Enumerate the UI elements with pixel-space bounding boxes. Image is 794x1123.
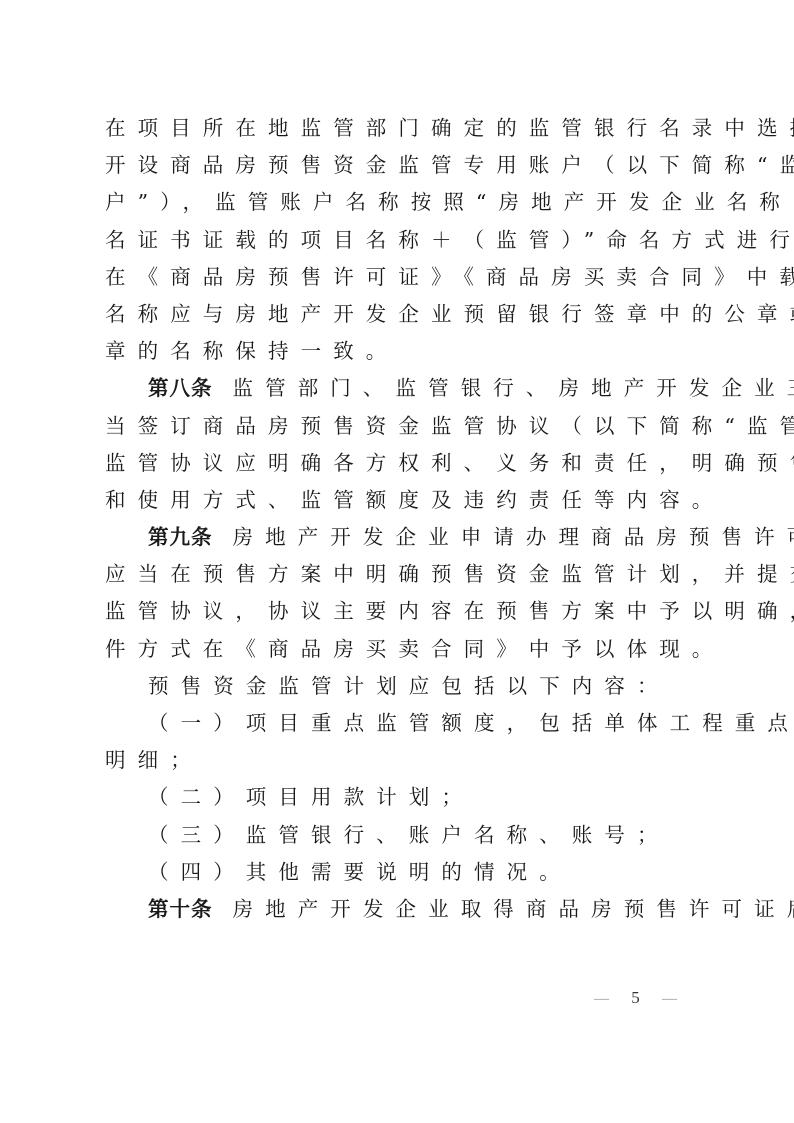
page-number: — 5 — [594,988,679,1008]
plan-item: （三）监管银行、账户名称、账号； [105,817,705,854]
text-line: 在《商品房预售许可证》《商品房买卖合同》中载明。账户 [105,259,705,296]
article-heading: 第十条 [148,897,213,921]
text-line: 名证书证载的项目名称＋（监管）”命名方式进行开设。并 [105,222,705,259]
article-9: 第九条房地产开发企业申请办理商品房预售许可时， 应当在预售方案中明确预售资金监管… [105,519,705,891]
text-line: 户”），监管账户名称按照“房地产开发企业名称＋标准地 [105,184,705,221]
text-line: 名称应与房地产开发企业预留银行签章中的公章或财务专用 [105,296,705,333]
text-line: 应当在预售方案中明确预售资金监管计划，并提交预售资金 [105,556,705,593]
plan-item: （二）项目用款计划； [105,779,705,816]
article-first-line: 房地产开发企业申请办理商品房预售许可时， [233,525,794,549]
text-line: 件方式在《商品房买卖合同》中予以体现。 [105,631,705,668]
article-heading: 第八条 [148,376,213,400]
article-10: 第十条房地产开发企业取得商品房预售许可证后，应 [105,891,705,928]
paragraph-continuation: 在项目所在地监管部门确定的监管银行名录中选择商业银行 开设商品房预售资金监管专用… [105,110,705,370]
text-line: 在项目所在地监管部门确定的监管银行名录中选择商业银行 [105,110,705,147]
page-number-dash-right: — [662,991,679,1007]
text-line: 第十条房地产开发企业取得商品房预售许可证后，应 [105,891,705,928]
text-line: 第九条房地产开发企业申请办理商品房预售许可时， [105,519,705,556]
text-line: 开设商品房预售资金监管专用账户（以下简称“监管账 [105,147,705,184]
text-line: 第八条监管部门、监管银行、房地产开发企业三方应 [105,370,705,407]
text-line: 监管协议，协议主要内容在预售方案中予以明确，并通过附 [105,593,705,630]
plan-item: （一）项目重点监管额度，包括单体工程重点监管额度 [105,705,705,742]
plan-item-continuation: 明细； [105,742,705,779]
article-first-line: 房地产开发企业取得商品房预售许可证后，应 [233,897,794,921]
plan-item: （四）其他需要说明的情况。 [105,854,705,891]
text-line: 章的名称保持一致。 [105,333,705,370]
article-heading: 第九条 [148,525,213,549]
body-text: 在项目所在地监管部门确定的监管银行名录中选择商业银行 开设商品房预售资金监管专用… [105,110,705,928]
text-line: 和使用方式、监管额度及违约责任等内容。 [105,482,705,519]
article-8: 第八条监管部门、监管银行、房地产开发企业三方应 当签订商品房预售资金监管协议（以… [105,370,705,519]
article-first-line: 监管部门、监管银行、房地产开发企业三方应 [233,376,794,400]
page-number-value: 5 [631,988,642,1007]
text-line: 当签订商品房预售资金监管协议（以下简称“监管协议”）。 [105,408,705,445]
document-page: 在项目所在地监管部门确定的监管银行名录中选择商业银行 开设商品房预售资金监管专用… [0,0,794,1123]
plan-intro: 预售资金监管计划应包括以下内容： [105,668,705,705]
text-line: 监管协议应明确各方权利、义务和责任，明确预售资金收存 [105,445,705,482]
page-number-dash-left: — [594,991,611,1007]
